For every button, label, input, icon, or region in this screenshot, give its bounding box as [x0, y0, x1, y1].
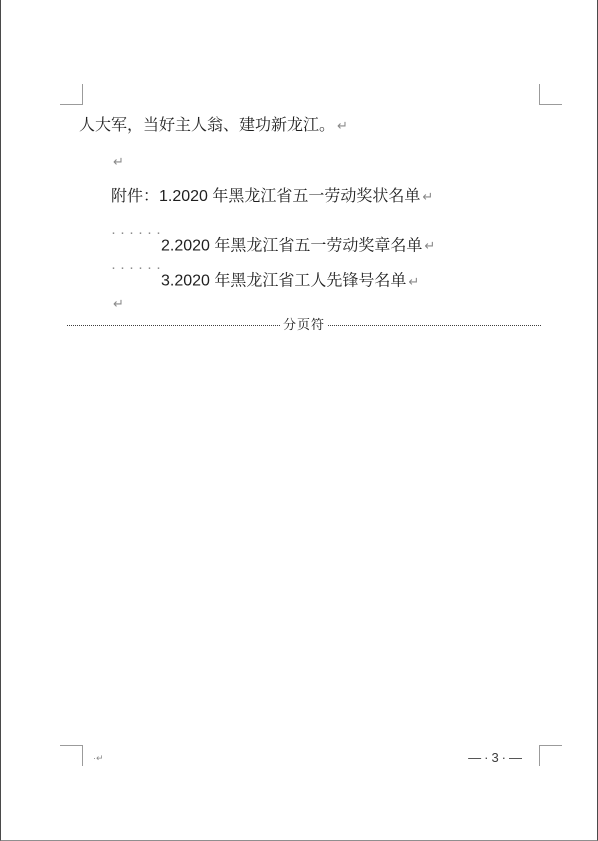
crop-mark-top-right-icon: [539, 84, 562, 105]
document-body[interactable]: 人大军，当好主人翁、建功新龙江。↵ ↵ 附件：1.2020 年黑龙江省五一劳动奖…: [79, 108, 541, 321]
attachment-line-1[interactable]: 附件：1.2020 年黑龙江省五一劳动奖状名单↵: [79, 179, 541, 215]
footer-paragraph-mark-icon: ·↵: [93, 753, 104, 764]
page-break-dotted-line-right: [328, 325, 541, 326]
attachment-line-2[interactable]: ······2.2020 年黑龙江省五一劳动奖章名单↵: [79, 215, 541, 251]
paragraph-mark-icon: ↵: [337, 118, 348, 133]
body-line-opening[interactable]: 人大军，当好主人翁、建功新龙江。↵: [79, 108, 541, 144]
page-break-dotted-line-left: [67, 325, 280, 326]
crop-mark-bottom-left-icon: [60, 745, 83, 766]
document-page: 人大军，当好主人翁、建功新龙江。↵ ↵ 附件：1.2020 年黑龙江省五一劳动奖…: [0, 0, 598, 841]
body-text[interactable]: 人大军，当好主人翁、建功新龙江。: [79, 117, 335, 134]
page-number: —·3·—: [468, 750, 525, 765]
paragraph-mark-icon: ↵: [113, 296, 124, 311]
page-break-indicator: 分页符: [67, 316, 541, 334]
space-marks-icon: ······: [111, 215, 161, 251]
space-marks-icon: ······: [111, 250, 161, 286]
attachment-line-3[interactable]: ······3.2020 年黑龙江省工人先锋号名单↵: [79, 250, 541, 286]
paragraph-mark-icon: ↵: [113, 154, 124, 169]
attachment-text[interactable]: 附件：1.2020 年黑龙江省五一劳动奖状名单: [111, 188, 420, 205]
paragraph-mark-icon: ↵: [408, 274, 419, 289]
empty-line[interactable]: ↵: [79, 144, 541, 180]
paragraph-mark-icon: ↵: [422, 189, 433, 204]
attachment-text[interactable]: 3.2020 年黑龙江省工人先锋号名单: [161, 273, 406, 290]
page-break-label: 分页符: [280, 316, 328, 334]
crop-mark-top-left-icon: [60, 84, 83, 105]
crop-mark-bottom-right-icon: [539, 745, 562, 766]
paragraph-mark-icon: ↵: [424, 238, 435, 253]
